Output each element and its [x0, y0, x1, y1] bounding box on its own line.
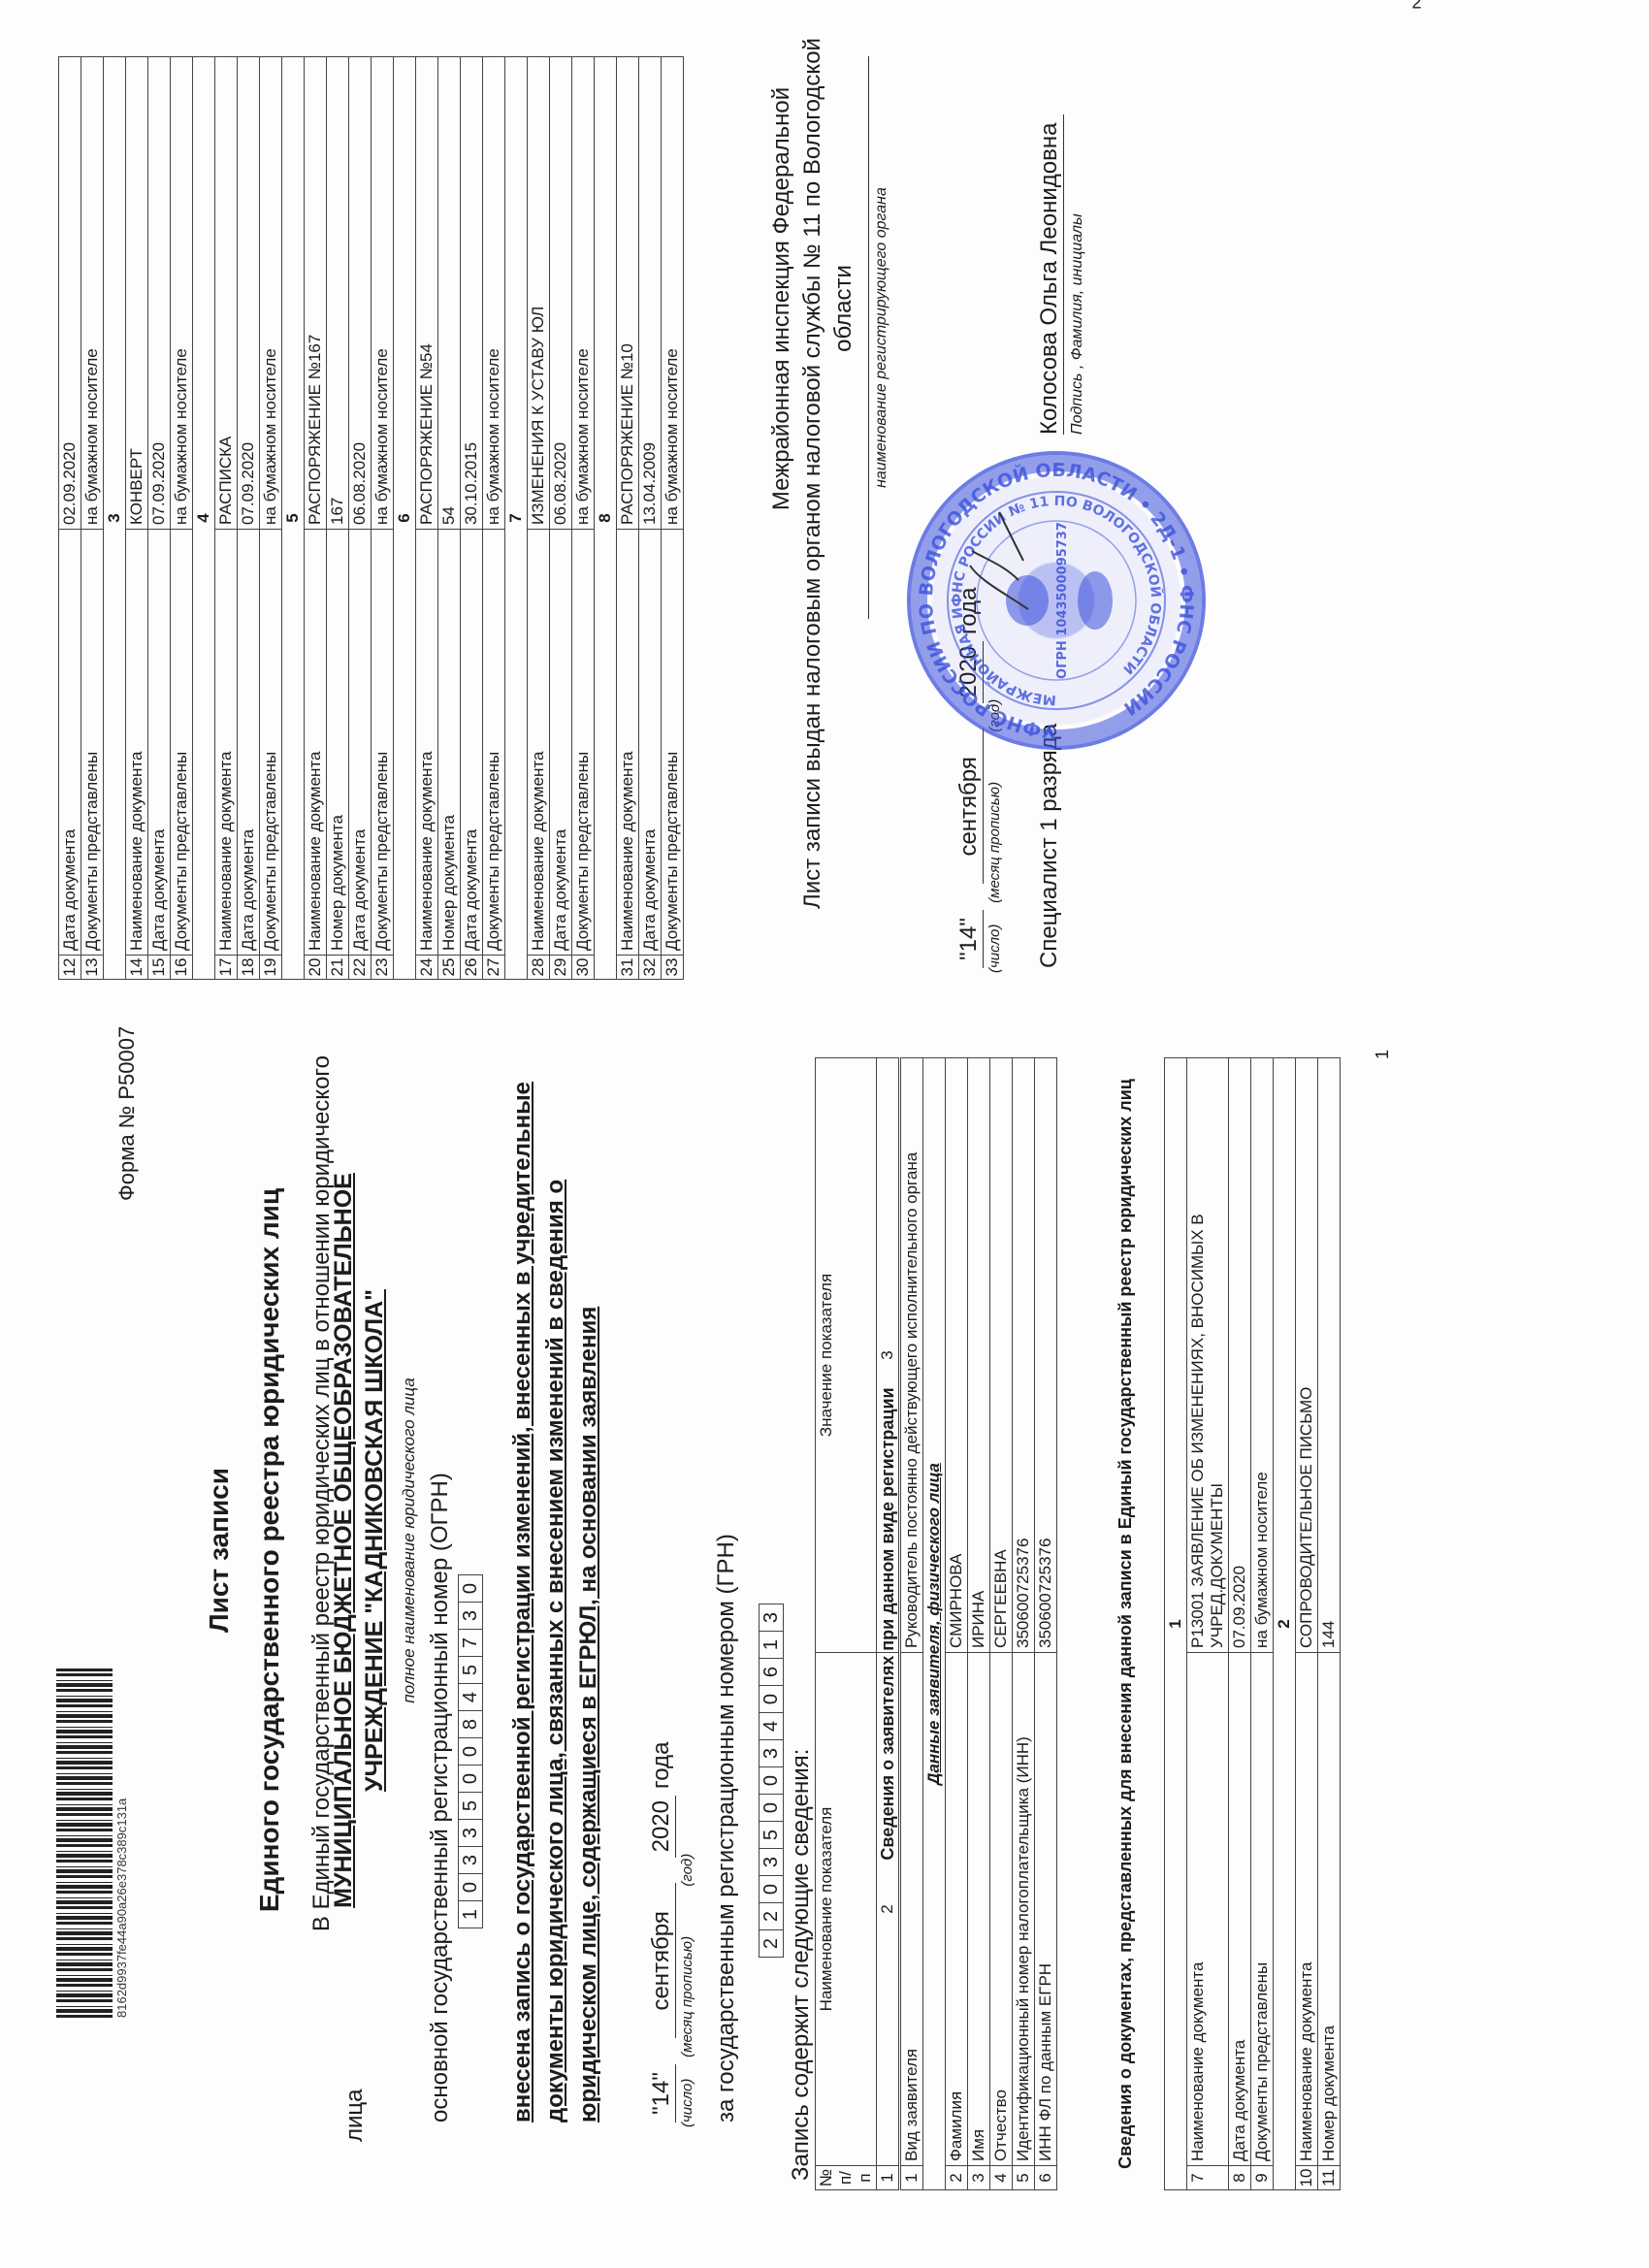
row-value: 144: [1318, 1058, 1341, 1653]
ogrn-label: основной государственный регистрационный…: [427, 1473, 454, 2122]
table-row: 30Документы представленына бумажном носи…: [572, 57, 595, 980]
caption-day: (число): [679, 2061, 695, 2127]
row-label: Дата документа: [59, 530, 81, 956]
row-number: 8: [1229, 2166, 1251, 2190]
row-value: 13.04.2009: [639, 57, 662, 530]
row-value: РАСПИСКА: [215, 57, 238, 530]
table-row: 8Дата документа07.09.2020: [1229, 1058, 1251, 2190]
digit-box: 0: [458, 1765, 483, 1792]
row-value: 07.09.2020: [148, 57, 171, 530]
digit-box: 2: [759, 1902, 784, 1929]
table-row: 29Дата документа06.08.2020: [550, 57, 572, 980]
header-col-value: Значение показателя: [816, 1058, 877, 1653]
row-label: Номер документа: [438, 530, 461, 956]
row-value: СОПРОВОДИТЕЛЬНОЕ ПИСЬМО: [1296, 1058, 1318, 1653]
table-row: 7Наименование документаР13001 ЗАЯВЛЕНИЕ …: [1187, 1058, 1229, 2190]
digit-box: 0: [458, 1574, 483, 1602]
row-label: Дата документа: [639, 530, 662, 956]
row-number: 23: [372, 956, 394, 980]
table-row: 32Дата документа13.04.2009: [639, 57, 662, 980]
row-number: 28: [528, 956, 550, 980]
row-label: Наименование документа: [528, 530, 550, 956]
row-value: на бумажном носителе: [171, 57, 193, 530]
row-number: 30: [572, 956, 595, 980]
issuing-authority-line1: Межрайонная инспекция Федеральной: [766, 37, 797, 910]
row-value: на бумажном носителе: [372, 57, 394, 530]
row-label: Документы представлены: [260, 530, 282, 956]
row-number: 14: [126, 956, 148, 980]
group-number: 8: [595, 57, 617, 980]
table-row: 17Наименование документаРАСПИСКА: [215, 57, 238, 980]
row-label: Номер документа: [1318, 1653, 1341, 2166]
row-value: 02.09.2020: [59, 57, 81, 530]
digit-box: 5: [458, 1656, 483, 1683]
table-row: 12Дата документа02.09.2020: [59, 57, 81, 980]
group-number: 7: [505, 57, 528, 980]
row-label: Наименование документа: [617, 530, 639, 956]
issue-date-month: сентября: [955, 729, 984, 884]
row-value: 54: [438, 57, 461, 530]
row-label: Документы представлены: [572, 530, 595, 956]
issue-date-day: "14": [955, 910, 984, 968]
issuing-authority-line2: Лист записи выдан налоговым органом нало…: [797, 37, 828, 910]
applicant-subsection-title: Данные заявителя, физического лица: [923, 1058, 946, 2190]
page-subtitle: Единого государственного реестра юридиче…: [254, 1065, 285, 2035]
issue-caption-day: (число): [986, 907, 1003, 973]
row-label: Наименование документа: [1296, 1653, 1318, 2166]
table-row: 24Наименование документаРАСПОРЯЖЕНИЕ №54: [416, 57, 438, 980]
row-value: СМИРНОВА: [946, 1058, 968, 1653]
digit-box: 5: [759, 1821, 784, 1848]
group-number: 2: [1274, 1058, 1296, 2190]
row-value: РАСПОРЯЖЕНИЕ №10: [617, 57, 639, 530]
table-row: 11Номер документа144: [1318, 1058, 1341, 2190]
row-number: 21: [327, 956, 349, 980]
row-value: РАСПОРЯЖЕНИЕ №167: [305, 57, 327, 530]
row-value: 30.10.2015: [461, 57, 483, 530]
row-label: Наименование документа: [215, 530, 238, 956]
row-number: 15: [148, 956, 171, 980]
row-label: Дата документа: [238, 530, 260, 956]
row-value: ИРИНА: [968, 1058, 990, 1653]
form-number: Форма № Р50007: [114, 1026, 140, 1201]
row-number: 4: [990, 2166, 1013, 2190]
section-documents-title: Сведения о документах, представленных дл…: [1114, 1057, 1137, 2190]
row-value: КОНВЕРТ: [126, 57, 148, 530]
table-row: 4ОтчествоСЕРГЕЕВНА: [990, 1058, 1013, 2190]
row-number: 5: [1013, 2166, 1035, 2190]
organization-name-line1: МУНИЦИПАЛЬНОЕ БЮДЖЕТНОЕ ОБЩЕОБРАЗОВАТЕЛЬ…: [328, 1104, 359, 1977]
row-label: Имя: [968, 1653, 990, 2166]
digit-box: 4: [458, 1683, 483, 1710]
row-number: 32: [639, 956, 662, 980]
row-number: 11: [1318, 2166, 1341, 2190]
digit-box: 1: [458, 1900, 483, 1928]
table-row: 21Номер документа167: [327, 57, 349, 980]
group-row: 2: [1274, 1058, 1296, 2190]
row-number: 18: [238, 956, 260, 980]
row-number: 13: [81, 956, 104, 980]
row-label: Документы представлены: [1251, 1653, 1274, 2166]
organization-name-line2: УЧРЕЖДЕНИЕ "КАДНИКОВСКАЯ ШКОЛА": [359, 1104, 390, 1977]
row-number: 26: [461, 956, 483, 980]
signer-caption: Подпись , Фамилия, инициалы: [1069, 213, 1086, 435]
digit-box: 3: [458, 1819, 483, 1846]
row-label: Дата документа: [550, 530, 572, 956]
grn-digit-boxes: 2203500340613: [759, 1604, 784, 1958]
date-day: "14": [648, 2064, 676, 2122]
barcode-hash: 8162d9937fe44a90a26e378c389c131a: [114, 1798, 129, 2018]
grn-label: за государственным регистрационным номер…: [713, 1534, 740, 2122]
table-row: 16Документы представленына бумажном носи…: [171, 57, 193, 980]
table-row: 23Документы представленына бумажном носи…: [372, 57, 394, 980]
group-row: 8: [595, 57, 617, 980]
table-row: 1Вид заявителяРуководитель постоянно дей…: [901, 1058, 923, 2190]
digit-box: 3: [458, 1602, 483, 1629]
issuing-authority-line3: области: [828, 37, 859, 910]
row-value: 07.09.2020: [1229, 1058, 1251, 1653]
group-number: 3: [104, 57, 126, 980]
table-row: 28Наименование документаИЗМЕНЕНИЯ К УСТА…: [528, 57, 550, 980]
group-number: 6: [394, 57, 416, 980]
row-label: Дата документа: [148, 530, 171, 956]
row-label: Отчество: [990, 1653, 1013, 2166]
row-value: на бумажном носителе: [260, 57, 282, 530]
group-row: 6: [394, 57, 416, 980]
applicant-table: 1Вид заявителяРуководитель постоянно дей…: [900, 1057, 1057, 2190]
page-title: Лист записи: [204, 1065, 235, 2035]
row-value: на бумажном носителе: [81, 57, 104, 530]
header-col-name: Наименование показателя: [816, 1653, 877, 2166]
intro-text-continued: лица: [341, 2089, 369, 2142]
row-label: Документы представлены: [372, 530, 394, 956]
stamp-seal-icon: УФНС РОССИИ ПО ВОЛОГОДСКОЙ ОБЛАСТИ • 2Д-…: [911, 455, 1202, 746]
table-row: 15Дата документа07.09.2020: [148, 57, 171, 980]
group-row: 5: [282, 57, 305, 980]
row-label: Идентификационный номер налогоплательщик…: [1013, 1653, 1035, 2166]
ogrn-digit-boxes: 1033500845730: [458, 1574, 483, 1928]
row-label: Наименование документа: [416, 530, 438, 956]
subsection-row: Данные заявителя, физического лица: [923, 1058, 946, 2190]
row-value: 07.09.2020: [238, 57, 260, 530]
row-value: РАСПОРЯЖЕНИЕ №54: [416, 57, 438, 530]
row-number: 10: [1296, 2166, 1318, 2190]
caption-month: (месяц прописью): [679, 1891, 695, 2057]
row-label: Документы представлены: [171, 530, 193, 956]
section-applicants-title: Сведения о заявителях при данном виде ре…: [878, 1057, 898, 2190]
row-value: СЕРГЕЕВНА: [990, 1058, 1013, 1653]
row-number: 31: [617, 956, 639, 980]
digit-box: 0: [759, 1766, 784, 1794]
issuer-caption: наименование регистрирующего органа: [868, 56, 890, 619]
digit-box: 8: [458, 1710, 483, 1737]
row-label: ИНН ФЛ по данным ЕГРН: [1035, 1653, 1057, 2166]
digit-box: 4: [759, 1712, 784, 1739]
signature-icon: [960, 502, 1038, 619]
row-label: Вид заявителя: [901, 1653, 923, 2166]
header-col-number: № п/п: [816, 2166, 877, 2190]
table-row: 19Документы представленына бумажном носи…: [260, 57, 282, 980]
row-number: 9: [1251, 2166, 1274, 2190]
group-number: 5: [282, 57, 305, 980]
organization-name-caption: полное наименование юридического лица: [400, 1104, 419, 1977]
row-number: 3: [968, 2166, 990, 2190]
digit-box: 6: [759, 1658, 784, 1685]
documents-table-page2: 12Дата документа02.09.202013Документы пр…: [58, 56, 684, 980]
row-number: 27: [483, 956, 505, 980]
digit-box: 0: [759, 1794, 784, 1821]
table-row: 31Наименование документаРАСПОРЯЖЕНИЕ №10: [617, 57, 639, 980]
document-sheet: 8162d9937fe44a90a26e378c389c131a Форма №…: [0, 0, 1649, 2268]
registration-statement: внесена запись о государственной регистр…: [506, 1075, 605, 2122]
row-label: Документы представлены: [483, 530, 505, 956]
table-row: 5Идентификационный номер налогоплательщи…: [1013, 1058, 1035, 2190]
row-label: Наименование документа: [126, 530, 148, 956]
digit-box: 3: [759, 1848, 784, 1875]
row-value: на бумажном носителе: [483, 57, 505, 530]
digit-box: 3: [759, 1739, 784, 1766]
row-label: Дата документа: [461, 530, 483, 956]
stamp-ogrn-text: ОГРН 1043500095737: [1055, 522, 1070, 679]
page-number-2: 2: [1411, 0, 1421, 13]
contains-label: Запись содержит следующие сведения:: [788, 1749, 815, 2181]
row-value: на бумажном носителе: [662, 57, 684, 530]
row-value: Руководитель постоянно действующего испо…: [901, 1058, 923, 1653]
table-row: 25Номер документа54: [438, 57, 461, 980]
official-stamp: УФНС РОССИИ ПО ВОЛОГОДСКОЙ ОБЛАСТИ • 2Д-…: [907, 451, 1206, 750]
group-row: 1: [1165, 1058, 1187, 2190]
digit-box: 3: [458, 1846, 483, 1873]
table-row: 6ИНН ФЛ по данным ЕГРН350600725376: [1035, 1058, 1057, 2190]
table-row: 10Наименование документаСОПРОВОДИТЕЛЬНОЕ…: [1296, 1058, 1318, 2190]
page-number-1: 1: [1373, 1050, 1393, 1059]
caption-year: (год): [679, 1854, 695, 1887]
row-value: 350600725376: [1013, 1058, 1035, 1653]
digit-box: 0: [458, 1873, 483, 1900]
row-number: 17: [215, 956, 238, 980]
table-row: 13Документы представленына бумажном носи…: [81, 57, 104, 980]
date-year: 2020: [648, 1796, 676, 1858]
signer-name: Колосова Ольга Леонидовна: [1036, 115, 1064, 436]
row-value: 167: [327, 57, 349, 530]
date-captions: (число) (месяц прописью) (год): [679, 1854, 695, 2127]
row-label: Номер документа: [327, 530, 349, 956]
row-label: Фамилия: [946, 1653, 968, 2166]
row-number: 25: [438, 956, 461, 980]
row-number: 12: [59, 956, 81, 980]
row-value: 06.08.2020: [550, 57, 572, 530]
digit-box: 0: [759, 1685, 784, 1712]
table-row: 18Дата документа07.09.2020: [238, 57, 260, 980]
group-number: 1: [1165, 1058, 1187, 2190]
date-month: сентября: [648, 1883, 676, 2038]
digit-box: 2: [759, 1929, 784, 1958]
row-number: 16: [171, 956, 193, 980]
signer-position: Специалист 1 разряда: [1036, 724, 1063, 968]
record-date: "14" сентября 2020 года: [648, 1742, 676, 2122]
table-row: 14Наименование документаКОНВЕРТ: [126, 57, 148, 980]
organization-name: МУНИЦИПАЛЬНОЕ БЮДЖЕТНОЕ ОБЩЕОБРАЗОВАТЕЛЬ…: [328, 1104, 390, 1977]
table-row: 33Документы представленына бумажном носи…: [662, 57, 684, 980]
row-number: 2: [946, 2166, 968, 2190]
group-number: 4: [193, 57, 215, 980]
digit-box: 1: [759, 1631, 784, 1658]
row-number: 22: [349, 956, 372, 980]
digit-box: 0: [458, 1737, 483, 1765]
table-row: 22Дата документа06.08.2020: [349, 57, 372, 980]
row-number: 20: [305, 956, 327, 980]
group-row: 7: [505, 57, 528, 980]
table-row: 9Документы представленына бумажном носит…: [1251, 1058, 1274, 2190]
row-label: Дата документа: [349, 530, 372, 956]
row-value: Р13001 ЗАЯВЛЕНИЕ ОБ ИЗМЕНЕНИЯХ, ВНОСИМЫХ…: [1187, 1058, 1229, 1653]
barcode: [56, 1669, 113, 2018]
table-row: 2ФамилияСМИРНОВА: [946, 1058, 968, 2190]
row-number: 29: [550, 956, 572, 980]
row-value: 350600725376: [1035, 1058, 1057, 1653]
row-label: Документы представлены: [81, 530, 104, 956]
group-row: 4: [193, 57, 215, 980]
documents-table-page1: 17Наименование документаР13001 ЗАЯВЛЕНИЕ…: [1164, 1057, 1341, 2190]
row-label: Дата документа: [1229, 1653, 1251, 2166]
row-number: 33: [662, 956, 684, 980]
row-number: 7: [1187, 2166, 1229, 2190]
row-number: 24: [416, 956, 438, 980]
digit-box: 7: [458, 1629, 483, 1656]
group-row: 3: [104, 57, 126, 980]
row-label: Наименование документа: [1187, 1653, 1229, 2166]
issue-caption-month: (месяц прописью): [986, 736, 1003, 903]
table-row: 26Дата документа30.10.2015: [461, 57, 483, 980]
row-label: Документы представлены: [662, 530, 684, 956]
table-row: 27Документы представленына бумажном носи…: [483, 57, 505, 980]
row-value: на бумажном носителе: [1251, 1058, 1274, 1653]
row-value: 06.08.2020: [349, 57, 372, 530]
row-number: 19: [260, 956, 282, 980]
digit-box: 5: [458, 1792, 483, 1819]
row-value: на бумажном носителе: [572, 57, 595, 530]
table-row: 20Наименование документаРАСПОРЯЖЕНИЕ №16…: [305, 57, 327, 980]
row-label: Наименование документа: [305, 530, 327, 956]
table-row: 3ИмяИРИНА: [968, 1058, 990, 2190]
digit-box: 0: [759, 1875, 784, 1902]
row-value: ИЗМЕНЕНИЯ К УСТАВУ ЮЛ: [528, 57, 550, 530]
row-number: 6: [1035, 2166, 1057, 2190]
row-number: 1: [901, 2166, 923, 2190]
date-year-suffix: года: [648, 1742, 674, 1789]
issuing-authority: Межрайонная инспекция Федеральной Лист з…: [766, 37, 859, 910]
digit-box: 3: [759, 1604, 784, 1631]
